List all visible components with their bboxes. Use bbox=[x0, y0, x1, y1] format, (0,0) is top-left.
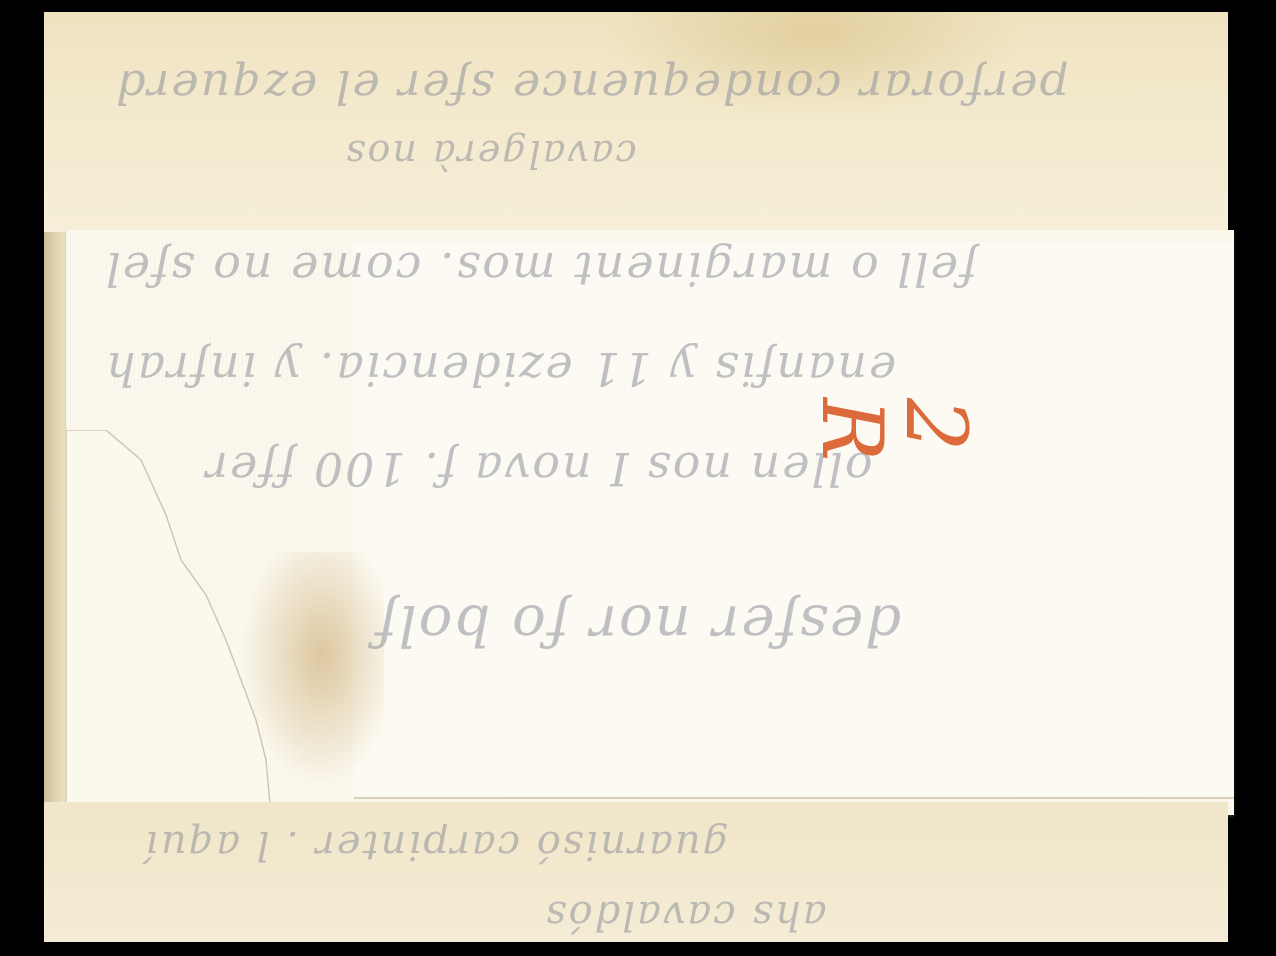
handwriting-line: fell o marginent mos. come no sfel bbox=[104, 242, 977, 296]
postal-marking: 2 R bbox=[844, 364, 944, 634]
handwriting-line: guarnisó carpinter . l aquí bbox=[144, 822, 728, 868]
handwriting-line: ahs cavaldós bbox=[544, 892, 827, 938]
postal-marking-text: 2 R bbox=[810, 398, 978, 498]
handwriting-line: cavalgerà nos bbox=[344, 132, 637, 176]
left-paper-edge bbox=[44, 232, 66, 812]
handwriting-line: desfer nor fo bolf bbox=[374, 592, 901, 657]
inner-flap bbox=[354, 242, 1234, 799]
water-stain bbox=[244, 552, 384, 782]
handwriting-line: ollen nos I nova f. 100 ffer bbox=[204, 442, 873, 496]
letter-cover: perforar condequence sfer el ezquerd cav… bbox=[44, 12, 1228, 942]
handwriting-line: enanfis y 11 ezidencia. y infrah bbox=[104, 342, 896, 396]
handwriting-line: perforar condequence sfer el ezquerd bbox=[114, 60, 1069, 114]
